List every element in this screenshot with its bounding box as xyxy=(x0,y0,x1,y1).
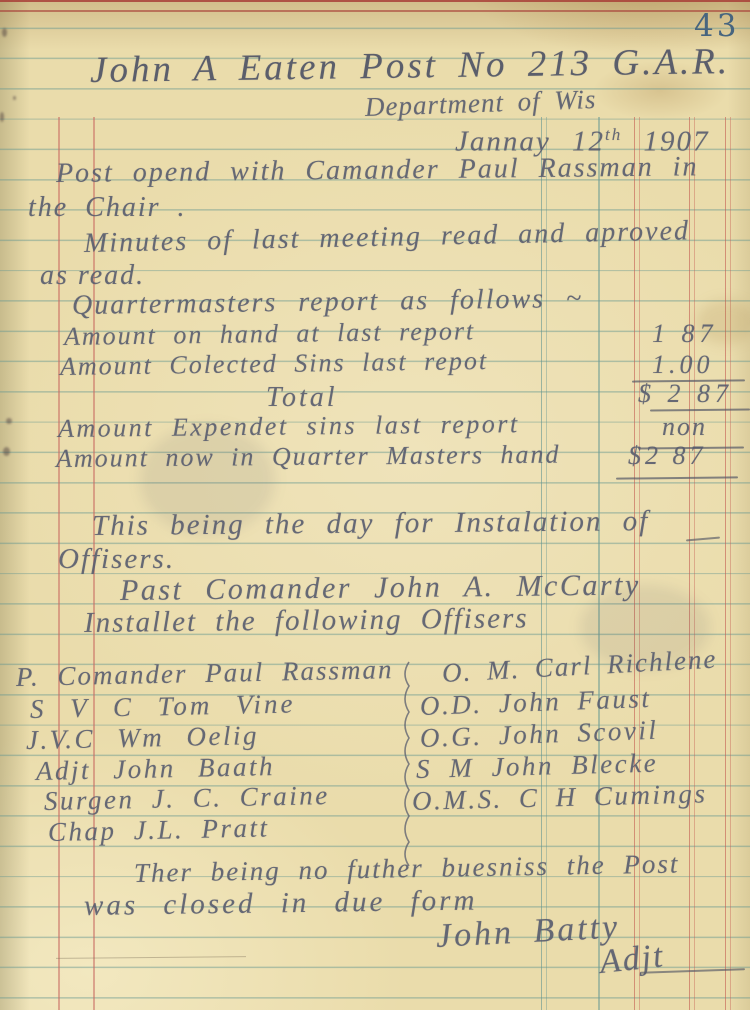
installation-line: This being the day for Instalation of xyxy=(92,507,650,541)
ink-speck xyxy=(0,112,4,122)
officer-entry: S V C Tom Vine xyxy=(30,690,296,723)
ledger-page: 43 John A Eaten Post No 213 G.A.R. Depar… xyxy=(0,0,750,1010)
report-row-amount: 1.00 xyxy=(652,352,714,378)
ink-speck xyxy=(13,96,16,100)
signature-title: Adjt xyxy=(598,939,666,980)
minutes-line: Post opend with Camander Paul Rassman in xyxy=(56,153,699,188)
officer-entry: Chap J.L. Pratt xyxy=(48,814,270,846)
closing-line: was closed in due form xyxy=(84,887,478,921)
report-row-amount: $ 2 87 xyxy=(638,381,733,407)
installation-line: Past Comander John A. McCarty xyxy=(120,571,641,606)
vertical-rule xyxy=(689,117,695,1010)
report-row-label: Amount on hand at last report xyxy=(64,318,476,350)
officer-entry: Surgen J. C. Craine xyxy=(44,782,330,815)
report-row-label: Total xyxy=(266,384,338,412)
installation-line: Installet the following Offisers xyxy=(84,604,529,638)
installation-line: Offisers. xyxy=(58,545,175,574)
date-ordinal: th xyxy=(605,125,622,144)
officer-entry: J.V.C Wm Oelig xyxy=(26,722,259,754)
report-row-amount: 1 87 xyxy=(652,321,718,347)
officer-entry: S M John Blecke xyxy=(416,750,659,783)
header-red-rule xyxy=(0,0,750,12)
minutes-line: as read. xyxy=(40,262,145,290)
post-title: John A Eaten Post No 213 G.A.R. xyxy=(90,43,731,89)
ink-speck xyxy=(2,28,7,37)
vertical-rule xyxy=(725,117,731,1010)
officer-entry: Adjt John Baath xyxy=(36,753,275,785)
report-row-amount: non xyxy=(662,414,707,440)
ink-speck xyxy=(6,418,12,424)
report-heading: Quartermasters report as follows ~ xyxy=(72,285,584,320)
report-row-label: Amount Colected Sins last repot xyxy=(60,348,488,380)
ink-speck xyxy=(3,447,10,456)
page-number: 43 xyxy=(694,8,739,44)
report-row-label: Amount now in Quarter Masters hand xyxy=(56,442,561,472)
report-row-label: Amount Expendet sins last report xyxy=(58,411,520,442)
report-row-amount: $2 87 xyxy=(628,443,707,469)
minutes-line: the Chair . xyxy=(28,194,187,222)
